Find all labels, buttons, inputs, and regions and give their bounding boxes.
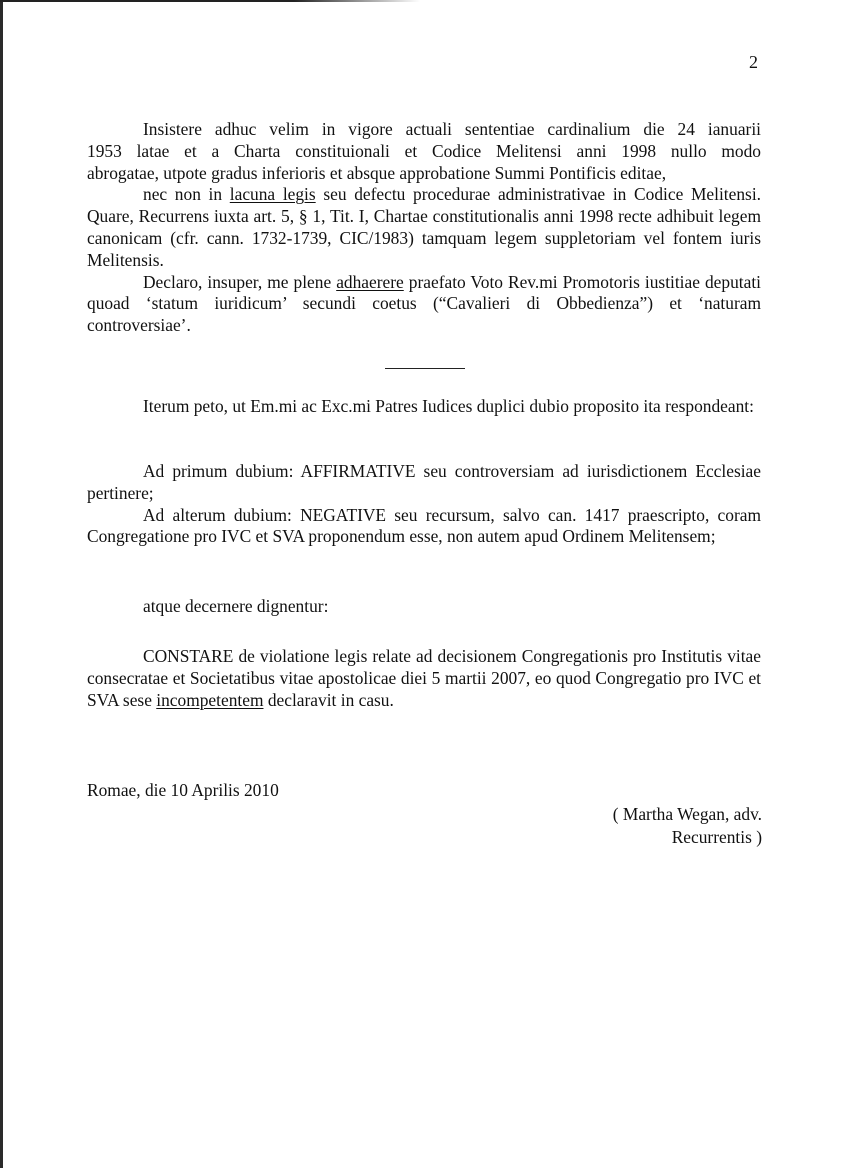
paragraph-decernere: atque decernere dignentur: [87, 596, 761, 618]
scan-edge-left [0, 0, 3, 1168]
paragraph-lacuna: nec non in lacuna legis seu defectu proc… [87, 184, 761, 271]
signature-role: Recurrentis ) [613, 826, 762, 849]
underlined-term: lacuna legis [230, 184, 316, 204]
section-constare: CONSTARE de violatione legis relate ad d… [87, 646, 761, 711]
paragraph-declaro: Declaro, insuper, me plene adhaerere pra… [87, 272, 761, 337]
underlined-term: incompetentem [156, 690, 263, 710]
paragraph-line: Insistere adhuc velim in vigore actuali … [87, 119, 761, 141]
scan-edge-top [0, 0, 420, 2]
paragraph-dubium-1: Ad primum dubium: AFFIRMATIVE seu contro… [87, 461, 761, 505]
paragraph-line: 1953 latae et a Charta constituionali et… [87, 141, 761, 163]
paragraph-constare: CONSTARE de violatione legis relate ad d… [87, 646, 761, 711]
paragraph-request: Iterum peto, ut Em.mi ac Exc.mi Patres I… [87, 396, 761, 418]
section-divider [385, 368, 465, 369]
signature-name: ( Martha Wegan, adv. [613, 803, 762, 826]
page-number: 2 [749, 52, 758, 73]
paragraph-dubium-2: Ad alterum dubium: NEGATIVE seu recursum… [87, 505, 761, 549]
signature-block: ( Martha Wegan, adv. Recurrentis ) [613, 803, 762, 849]
text-span: declaravit in casu. [263, 690, 393, 710]
underlined-term: adhaerere [336, 272, 404, 292]
section-request: Iterum peto, ut Em.mi ac Exc.mi Patres I… [87, 396, 761, 418]
section-arguments: Insistere adhuc velim in vigore actuali … [87, 119, 761, 337]
text-span: Declaro, insuper, me plene [143, 272, 336, 292]
date-line: Romae, die 10 Aprilis 2010 [87, 780, 279, 801]
text-span: nec non in [143, 184, 230, 204]
section-dubia: Ad primum dubium: AFFIRMATIVE seu contro… [87, 461, 761, 548]
paragraph-line: abrogatae, utpote gradus inferioris et a… [87, 163, 761, 185]
section-decernere: atque decernere dignentur: [87, 596, 761, 618]
